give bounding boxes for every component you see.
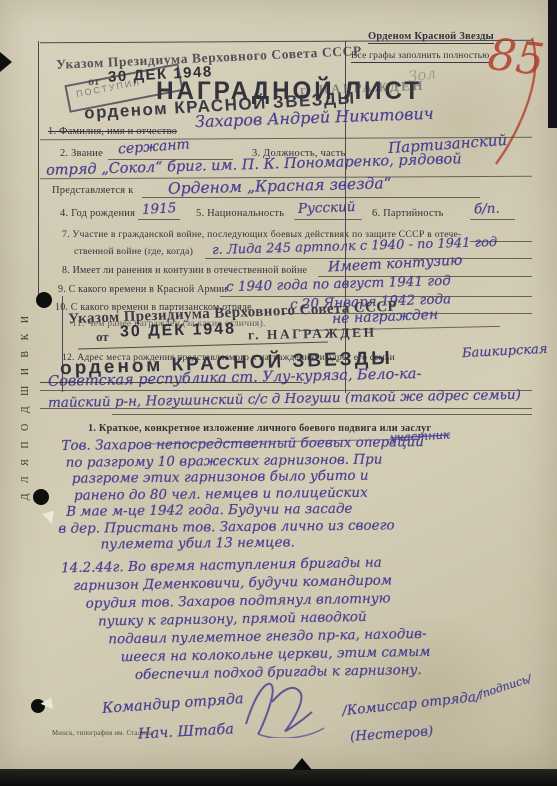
field1-label: 1. Фамилия, имя и отчество [48,126,177,137]
signature-note: /подпись/ [477,672,533,701]
rule-line [470,219,515,220]
rule-line [138,219,180,220]
print-house-imprint: Минск, типография им. Сталина [52,730,152,737]
field4-label: 4. Год рождения [60,208,135,219]
punch-hole [36,292,52,308]
field5-label: 5. Национальность [196,208,284,219]
rule-line [142,197,480,198]
represented-label: Представляется к [52,185,133,196]
field5-value: Русский [298,199,356,217]
field12-value-line1: Башкирская [462,342,548,361]
decree-stamp-mid-date: 30 ДЕК 1948 [120,320,237,341]
field6-label: 6. Партийность [372,208,444,219]
commander-signature [228,672,358,738]
field7-label-line2: ственной войне (где, когда) [74,246,193,257]
margin-filing-text: Д Л Я П О Д Ш И В К И [20,312,31,500]
strike-line [40,382,302,383]
red-pen-stroke [470,30,550,180]
commander-label: Командир отряда [102,691,245,717]
field9-label: 9. С какого времени в Красной Армии [58,284,227,295]
form-left-border [38,41,39,301]
stamp-rule-line [78,342,328,350]
rule-line [294,219,362,220]
corner-instruction: Все графы заполнить полностью [351,51,489,63]
punch-hole [33,489,49,505]
scan-edge-right [548,0,557,128]
feat-paragraph-1: Тов. Захаров непосредственный боевых опе… [51,434,425,553]
field4-value: 1915 [142,200,177,218]
feat-p1-line: пулемета убил 13 немцев. [100,533,425,553]
bottom-tear-notch [292,758,312,770]
scan-edge-bottom [0,769,557,786]
rule-line [112,414,532,415]
field12-label: 12. Адрес места рождения представляемого… [62,352,395,363]
commissar-label: /Комиссар отряда/ [342,689,482,719]
edge-mark [0,52,12,72]
feat-section-heading: 1. Краткое, конкретное изложение личного… [88,423,431,434]
field8-label: 8. Имеет ли ранения и контузии в отечест… [62,265,307,276]
decree-stamp-mid-from: от [96,329,109,345]
decree-stamp-mid-awarded: г. НАГРАЖДЕН [248,325,377,344]
field2-label: 2. Звание [60,148,103,159]
form-title: НАГРАДНОЙ ЛИСТ [156,77,422,106]
rule-line [40,408,532,409]
field8-value: Имеет контузию [328,252,463,275]
feat-paragraph-2: 14.2.44г. Во время наступления бригады н… [61,553,431,685]
field6-value: б/п. [474,201,500,218]
document-page: Орденом Красной Звезды Все графы заполни… [0,0,557,769]
chief-of-staff-name: (Нестеров) [350,723,434,745]
